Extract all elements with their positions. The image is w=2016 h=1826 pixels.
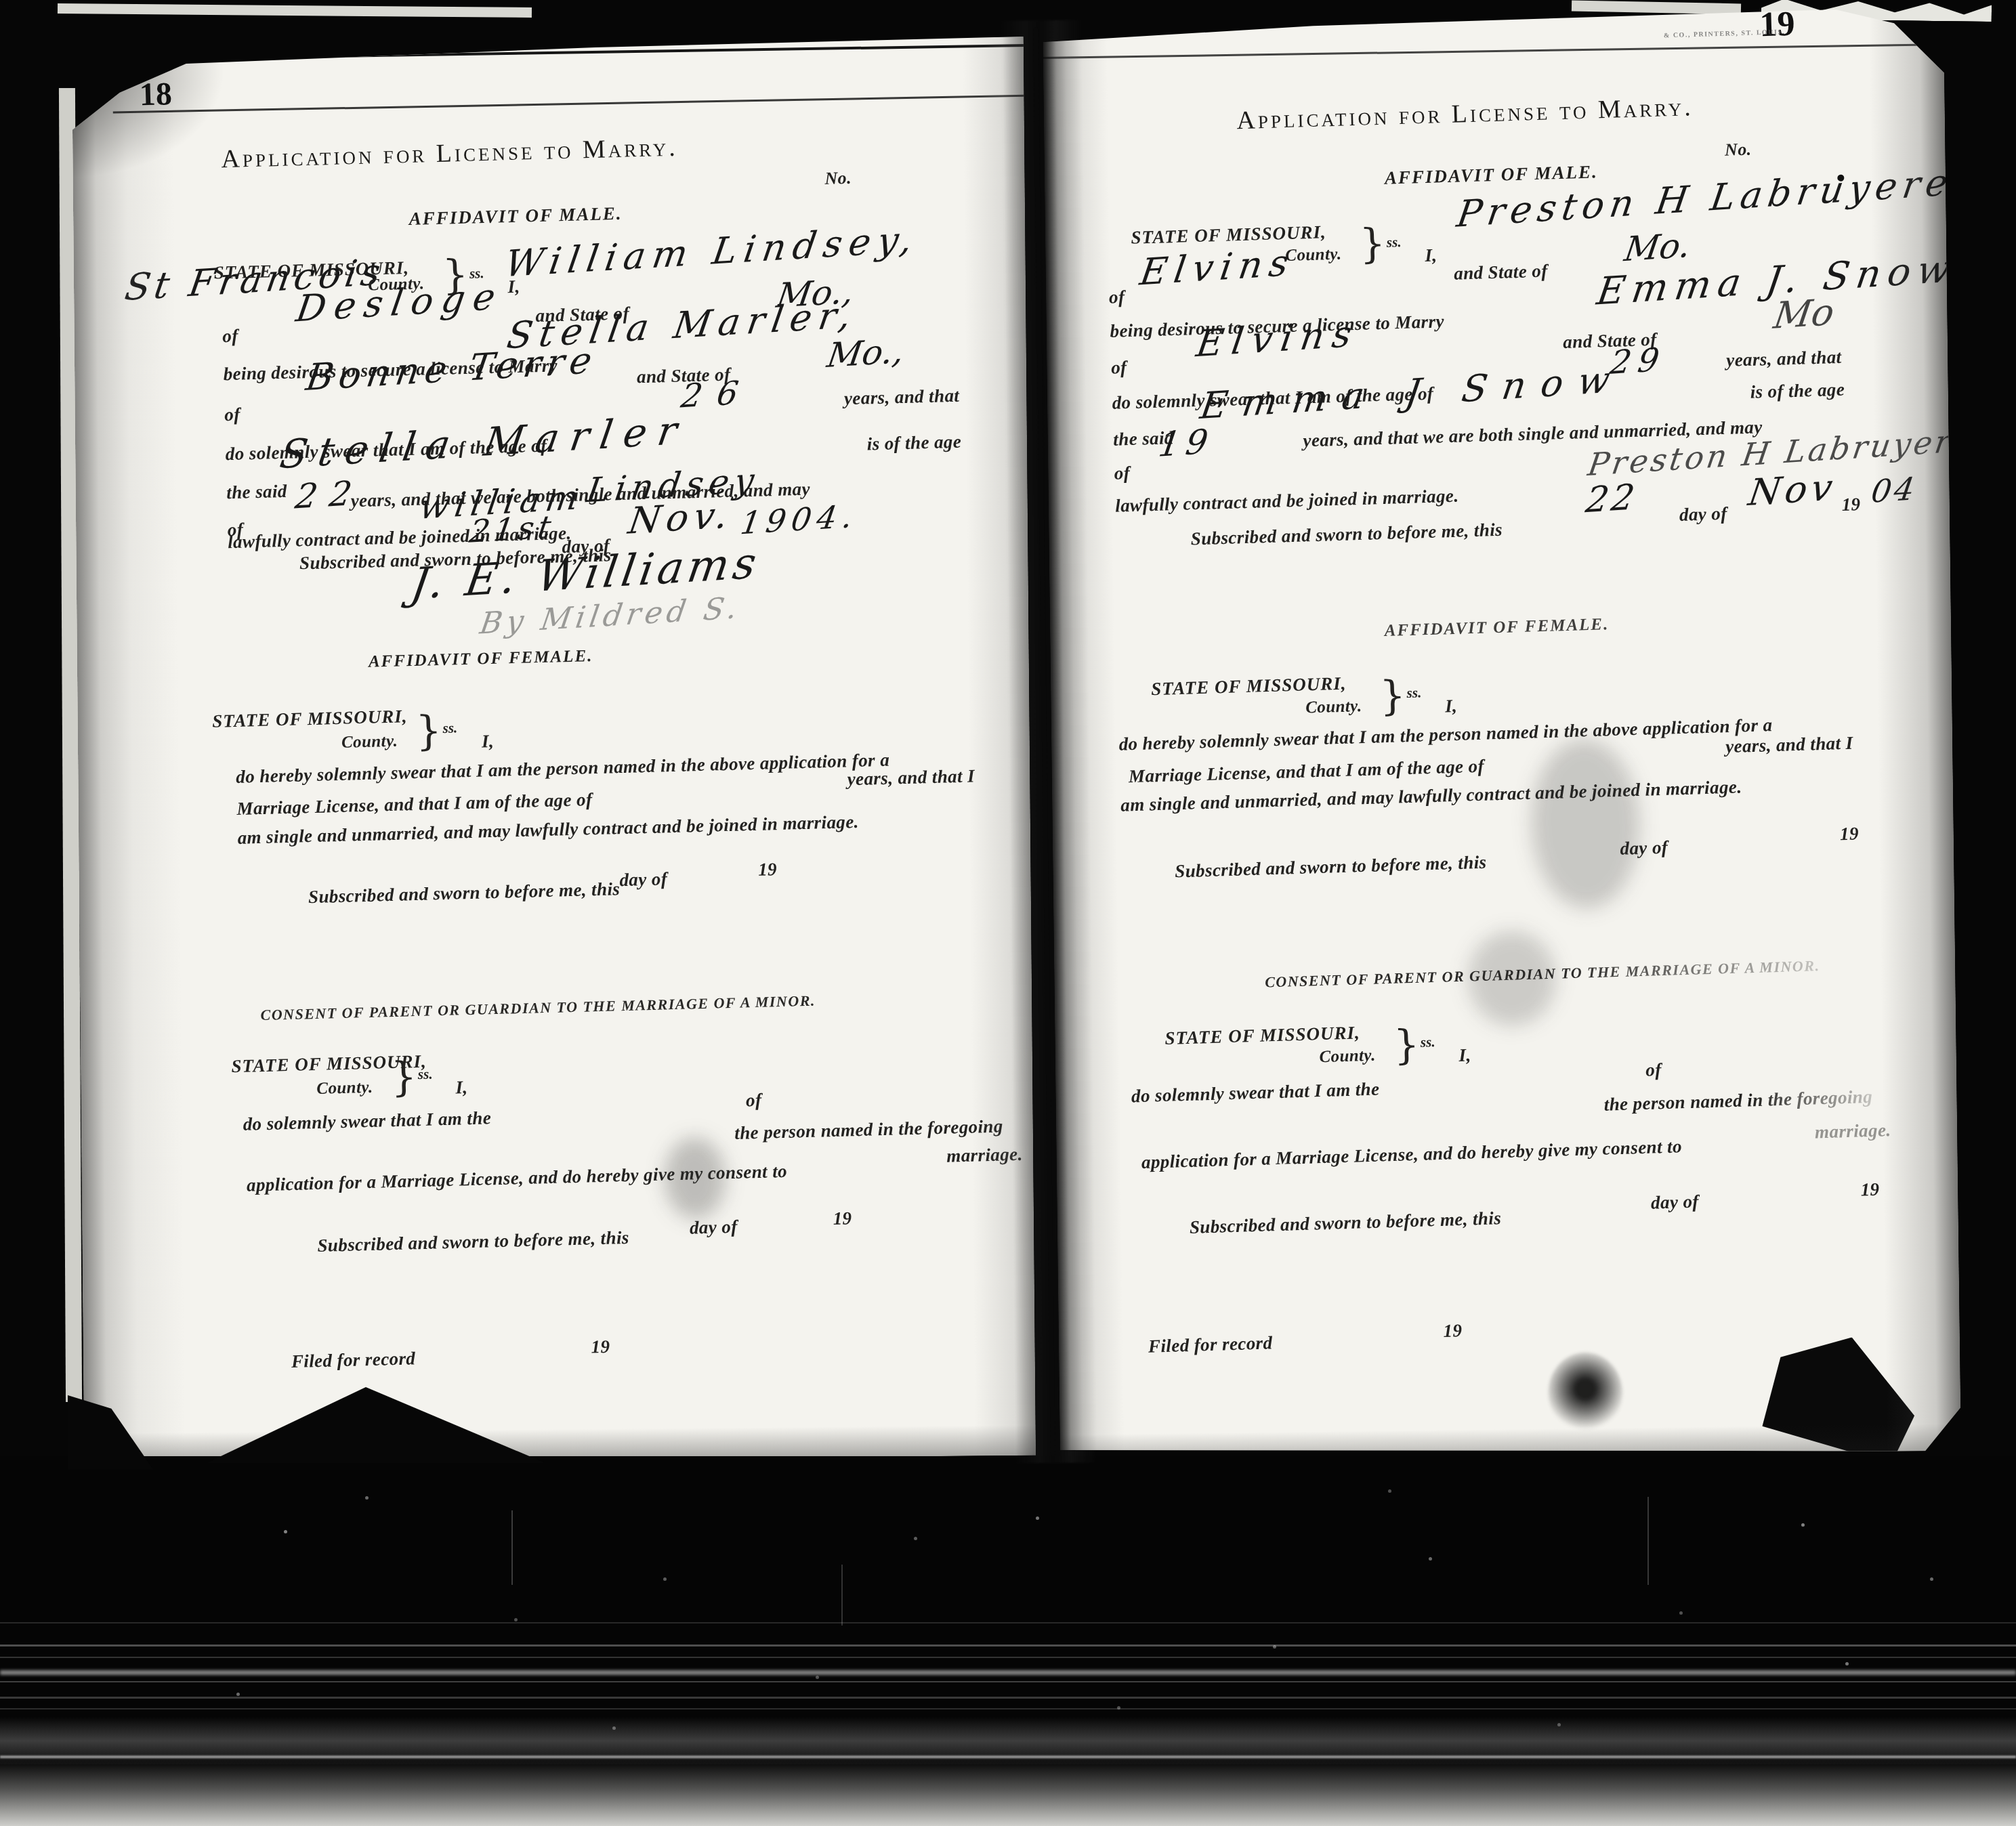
table-edge-fade [0, 1761, 2016, 1826]
bride-state-handwritten: Mo., [824, 331, 907, 375]
right-page: 19 & CO., PRINTERS, ST. LOUIS. Applicati… [1043, 8, 1961, 1462]
filed-nineteen: 19 [591, 1336, 610, 1358]
right-page-content: 19 & CO., PRINTERS, ST. LOUIS. Applicati… [1033, 0, 1977, 1466]
affidavit-male-heading: AFFIDAVIT OF MALE. [1385, 161, 1599, 188]
state-of-missouri-female: STATE OF MISSOURI, [212, 706, 408, 732]
female-swear-label: do hereby solemnly swear that I am the p… [236, 750, 890, 788]
groom-state-handwritten: Mo. [1622, 226, 1693, 269]
state-of-missouri-female: STATE OF MISSOURI, [1151, 673, 1347, 700]
affidavit-female-heading: AFFIDAVIT OF FEMALE. [369, 647, 593, 672]
vertical-scratch-2 [841, 1565, 843, 1626]
scratch-line-3 [0, 1657, 2016, 1658]
scanned-record-book: { "labels": { "title": "Application for … [0, 0, 2016, 1826]
scratch-line-5 [0, 1681, 2016, 1682]
month-handwritten: Nov. [625, 493, 736, 543]
of-label-consent: of [1645, 1059, 1662, 1081]
i-label-consent: I, [455, 1077, 468, 1099]
female-swear-label: do hereby solemnly swear that I am the p… [1118, 715, 1773, 755]
ss-label: ss. [1386, 234, 1401, 251]
person-named-label: the person named in the foregoing [734, 1116, 1003, 1143]
consent-swear-label: do solemnly swear that I am the [243, 1107, 491, 1135]
i-label: I, [1425, 245, 1437, 266]
scratch-line-4 [0, 1670, 2016, 1675]
female-age-label: Marriage License, and that I am of the a… [236, 789, 593, 820]
county-label-female: County. [1305, 697, 1362, 718]
person-named-label: the person named in the foregoing [1603, 1086, 1872, 1116]
brace-ss-female: } [415, 710, 442, 752]
page-number: 18 [139, 75, 172, 113]
day-of-label-female: day of [619, 868, 667, 891]
day-handwritten: 21st [467, 508, 558, 550]
brace-ss-female: } [1379, 675, 1406, 717]
no-label: No. [824, 168, 852, 189]
years-and-that-i-label: years, and that I [1725, 733, 1853, 758]
year-suffix-handwritten: 04 [1869, 470, 1920, 510]
scan-smudge-1 [1529, 738, 1642, 910]
scratch-line-2 [0, 1644, 2016, 1647]
scratch-line-1 [0, 1622, 2016, 1623]
of-label-1: of [222, 326, 238, 347]
filed-nineteen: 19 [1443, 1320, 1463, 1342]
groom-name-handwritten: William Lindsey, [502, 217, 922, 285]
filed-for-record-label: Filed for record [1148, 1332, 1273, 1357]
of-label-2: of [1111, 357, 1127, 379]
brace-ss-consent: } [1393, 1025, 1420, 1066]
ss-label-consent: ss. [418, 1065, 433, 1083]
ss-label-consent: ss. [1421, 1034, 1435, 1051]
brace-ss-consent: } [390, 1057, 417, 1098]
torn-page-edge-top-right [1572, 1, 1741, 15]
day-of-label-consent: day of [690, 1216, 738, 1239]
brace-ss: } [1359, 224, 1386, 265]
consent-heading: CONSENT OF PARENT OR GUARDIAN TO THE MAR… [260, 992, 816, 1024]
of-label-consent: of [746, 1090, 762, 1111]
corner-clip-blob [1751, 1321, 1928, 1466]
bride-residence-handwritten: Bonne Terre [303, 339, 600, 399]
nineteen-consent: 19 [833, 1208, 852, 1229]
filed-for-record-label: Filed for record [291, 1348, 416, 1372]
left-page: 18 Application for License to Marry. AFF… [72, 37, 1036, 1464]
form-title: Application for License to Marry. [221, 133, 678, 175]
is-of-age-label: is of the age [1750, 379, 1845, 403]
left-page-content: 18 Application for License to Marry. AFF… [62, 24, 1051, 1468]
consent-swear-label: do solemnly swear that I am the [1131, 1079, 1380, 1107]
county-label-female: County. [341, 732, 398, 753]
female-age-label: Marriage License, and that I am of the a… [1129, 756, 1485, 788]
ss-label-female: ss. [1406, 684, 1421, 702]
county-label-consent: County. [1319, 1046, 1376, 1067]
subscribed-label-consent: Subscribed and sworn to before me, this [317, 1227, 629, 1256]
affidavit-female-heading: AFFIDAVIT OF FEMALE. [1384, 615, 1609, 641]
the-said-label: the said [226, 481, 287, 503]
year-handwritten: 1904. [738, 498, 860, 542]
i-label-female: I, [482, 731, 495, 752]
day-of-label-consent: day of [1651, 1191, 1700, 1214]
of-label-1: of [1109, 286, 1125, 308]
nineteen-female: 19 [758, 859, 778, 880]
no-label: No. [1725, 140, 1752, 161]
subscribed-label-male: Subscribed and sworn to before me, this [1190, 519, 1503, 550]
i-label-female: I, [1445, 696, 1458, 717]
marriage-label: marriage. [1815, 1120, 1891, 1143]
nineteen-consent: 19 [1860, 1179, 1880, 1201]
state-of-missouri-consent: STATE OF MISSOURI, [1164, 1022, 1360, 1049]
years-and-that-i-label: years, and that I [847, 765, 975, 790]
form-title: Application for License to Marry. [1236, 92, 1694, 135]
and-state-of-label-1: and State of [1454, 261, 1548, 284]
dust-specks [0, 1456, 2, 1458]
bride-age-handwritten: 19 [1156, 422, 1216, 465]
film-bottom-area [0, 1456, 2016, 1826]
ss-label-female: ss. [442, 719, 457, 737]
subscribed-label-consent: Subscribed and sworn to before me, this [1189, 1208, 1501, 1238]
is-of-age-label: is of the age [866, 431, 961, 455]
affidavit-male-heading: AFFIDAVIT OF MALE. [408, 203, 623, 230]
lawfully-label: lawfully contract and be joined in marri… [1115, 486, 1459, 517]
nineteen-female: 19 [1840, 823, 1860, 845]
day-of-label-male: day of [1679, 503, 1728, 526]
scratch-line-7 [0, 1708, 2016, 1710]
foxing-smudge-left [663, 1137, 726, 1219]
groom-residence-handwritten: Elvins [1137, 241, 1298, 294]
of-label-2: of [224, 404, 240, 426]
subscribed-label-female: Subscribed and sworn to before me, this [1175, 852, 1487, 883]
consent-app-label: application for a Marriage License, and … [1141, 1136, 1683, 1173]
marriage-label: marriage. [946, 1144, 1023, 1167]
bright-scratch [0, 1756, 2016, 1758]
years-and-that-label: years, and that [844, 385, 960, 409]
county-label-consent: County. [316, 1078, 373, 1099]
said-bride-handwritten: Emma J Snow [1198, 357, 1628, 427]
vertical-scratch-3 [1647, 1497, 1649, 1585]
torn-page-edge-top-left [58, 3, 532, 18]
ink-blot [1547, 1351, 1624, 1435]
i-label-consent: I, [1458, 1044, 1471, 1066]
vertical-scratch-1 [511, 1510, 513, 1585]
years-and-that-label: years, and that [1726, 347, 1842, 371]
bride-state-handwritten: Mo [1771, 291, 1837, 337]
month-handwritten: Nov [1746, 466, 1839, 515]
said-bride-handwritten: Stella Marler [277, 406, 691, 477]
subscribed-label-female: Subscribed and sworn to before me, this [308, 878, 621, 908]
year-printed: 19 [1841, 494, 1861, 515]
of-label-3: of [1114, 463, 1130, 484]
day-handwritten: 22 [1583, 477, 1639, 521]
scratch-line-6 [0, 1697, 2016, 1699]
